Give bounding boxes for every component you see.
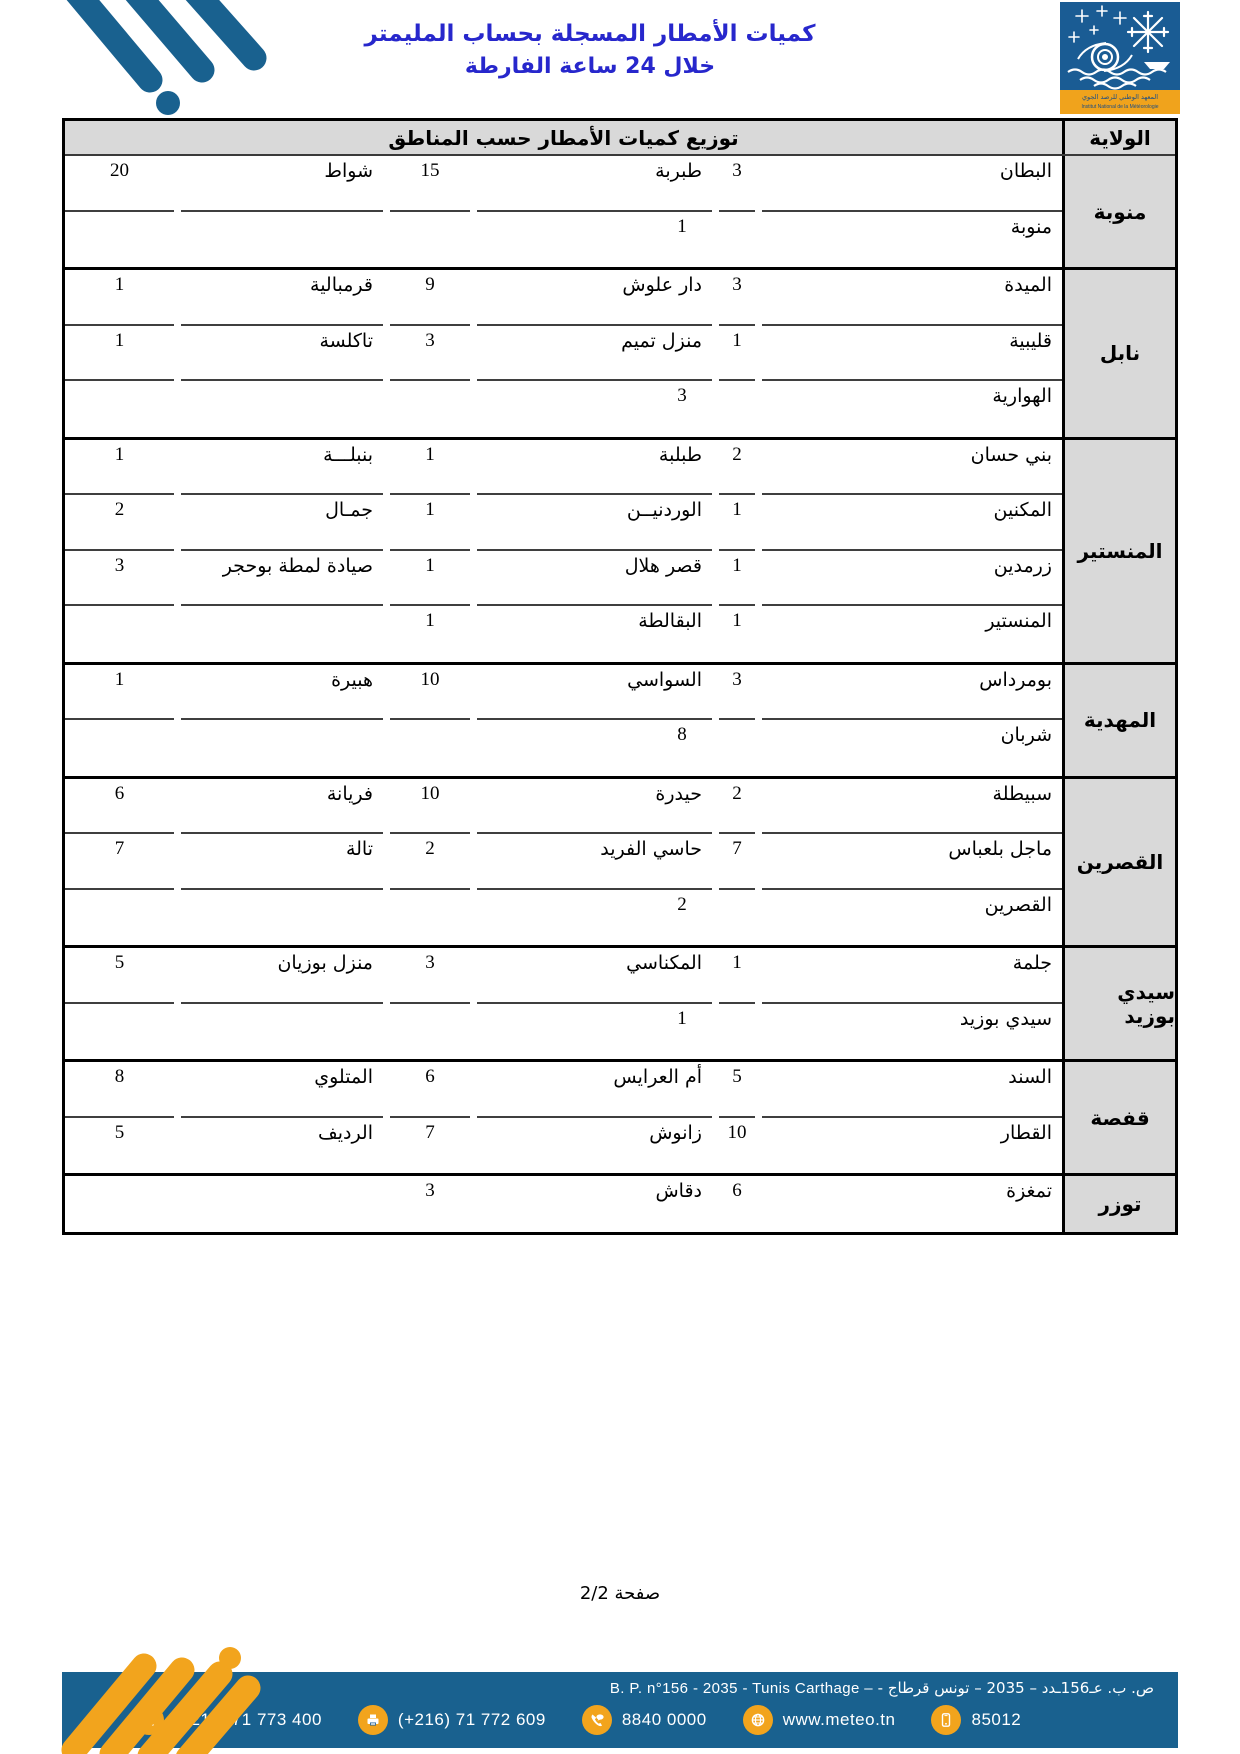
rain-value	[65, 1004, 119, 1060]
rain-value: 2	[390, 834, 470, 890]
governorate-cell: المنستير	[1062, 440, 1175, 662]
rain-value: 15	[390, 156, 470, 212]
governorate-cell: نابل	[1062, 270, 1175, 437]
region-name: شواط	[181, 156, 383, 212]
inm-band-arabic: المعهد الوطني للرصد الجوي	[1082, 93, 1158, 101]
group-rows: بني حسان2طبلبة1بنبلـــة1المكنين1الوردنيـ…	[65, 440, 1062, 662]
region-row: قليبية1منزل تميم3تاكلسة1	[65, 326, 1062, 382]
region-row: الهوارية3	[65, 381, 1062, 437]
rain-value: 8	[664, 720, 700, 776]
group-rows: تمغزة6دقاش3	[65, 1176, 1062, 1232]
rain-value: 1	[719, 551, 755, 607]
governorate-group: القصرينسبيطلة2حيدرة10فريانة6ماجل بلعباس7…	[65, 776, 1175, 946]
rain-value: 5	[65, 1118, 174, 1174]
rain-value: 1	[664, 212, 700, 268]
region-name: فريانة	[181, 779, 383, 835]
rain-value	[335, 381, 415, 437]
rain-value: 8	[65, 1062, 174, 1118]
rainfall-table: الولاية توزيع كميات الأمطار حسب المناطق …	[62, 118, 1178, 1235]
rain-value: 1	[719, 948, 755, 1004]
region-row: السند5أم العرايس6المتلوي8	[65, 1062, 1062, 1118]
rain-value: 1	[390, 440, 470, 496]
rain-value	[65, 381, 119, 437]
rain-value: 2	[719, 440, 755, 496]
governorate-cell: المهدية	[1062, 665, 1175, 776]
region-name: القصرين	[762, 890, 1062, 946]
region-row: بومرداس3السواسي10هبيرة1	[65, 665, 1062, 721]
footer-contact-item: www.meteo.tn	[743, 1705, 896, 1735]
rain-value: 3	[65, 551, 174, 607]
region-name: قرمبالية	[181, 270, 383, 326]
rain-value	[65, 720, 119, 776]
region-row: البطان3طبربة15شواط20	[65, 156, 1062, 212]
region-name: حيدرة	[477, 779, 712, 835]
region-name: منزل تميم	[477, 326, 712, 382]
rain-value: 1	[65, 326, 174, 382]
region-name: دار علوش	[477, 270, 712, 326]
callcenter-icon	[582, 1705, 612, 1735]
footer-stripes-logo	[52, 1640, 382, 1754]
region-name: بومرداس	[762, 665, 1062, 721]
rain-value: 1	[390, 495, 470, 551]
region-row: المكنين1الوردنيــن1جمـال2	[65, 495, 1062, 551]
region-name: البطان	[762, 156, 1062, 212]
region-name: شربان	[762, 720, 1062, 776]
region-row: سبيطلة2حيدرة10فريانة6	[65, 779, 1062, 835]
inm-logo: المعهد الوطني للرصد الجوي Institut Natio…	[1060, 2, 1180, 118]
region-name: قصر هلال	[477, 551, 712, 607]
group-rows: السند5أم العرايس6المتلوي8القطار10زانوش7ا…	[65, 1062, 1062, 1173]
region-name: منوبة	[762, 212, 1062, 268]
region-name: الميدة	[762, 270, 1062, 326]
rain-value: 1	[65, 440, 174, 496]
governorate-group: قفصةالسند5أم العرايس6المتلوي8القطار10زان…	[65, 1059, 1175, 1173]
region-name: بنبلـــة	[181, 440, 383, 496]
footer-contact-text: 8840 0000	[622, 1710, 707, 1730]
footer-contact-text: www.meteo.tn	[783, 1710, 896, 1730]
rain-value	[65, 890, 119, 946]
governorate-group: المهديةبومرداس3السواسي10هبيرة1شربان8	[65, 662, 1175, 776]
rain-value: 10	[390, 665, 470, 721]
region-row: منوبة1	[65, 212, 1062, 268]
footer-contact-text: (+216) 71 772 609	[398, 1710, 546, 1730]
region-row: الميدة3دار علوش9قرمبالية1	[65, 270, 1062, 326]
region-row: جلمة1المكناسي3منزل بوزيان5	[65, 948, 1062, 1004]
region-name: زرمدين	[762, 551, 1062, 607]
rain-value: 7	[65, 834, 174, 890]
rain-value: 1	[65, 665, 174, 721]
region-name: دقاش	[477, 1176, 712, 1232]
region-row: القطار10زانوش7الرديف5	[65, 1118, 1062, 1174]
report-page: كميات الأمطار المسجلة بحساب المليمتر خلا…	[0, 0, 1240, 1754]
region-name	[181, 606, 383, 662]
region-name: سيدي بوزيد	[762, 1004, 1062, 1060]
rain-value: 2	[719, 779, 755, 835]
governorate-group: توزرتمغزة6دقاش3	[65, 1173, 1175, 1232]
rain-value: 1	[719, 326, 755, 382]
region-name	[422, 890, 657, 946]
group-rows: سبيطلة2حيدرة10فريانة6ماجل بلعباس7حاسي ال…	[65, 779, 1062, 946]
footer-contact-item: (+216) 71 772 609	[358, 1705, 546, 1735]
governorate-cell: منوبة	[1062, 156, 1175, 267]
region-name: ماجل بلعباس	[762, 834, 1062, 890]
region-name	[422, 720, 657, 776]
region-row: ماجل بلعباس7حاسي الفريد2تالة7	[65, 834, 1062, 890]
footer-contact-text: 85012	[971, 1710, 1021, 1730]
rain-value: 9	[390, 270, 470, 326]
region-name: طبلبة	[477, 440, 712, 496]
region-row: المنستير1البقالطة1	[65, 606, 1062, 662]
rain-value: 3	[719, 156, 755, 212]
governorate-cell: سيدي بوزيد	[1062, 948, 1175, 1059]
region-row: زرمدين1قصر هلال1صيادة لمطة بوحجر3	[65, 551, 1062, 607]
region-row: بني حسان2طبلبة1بنبلـــة1	[65, 440, 1062, 496]
rain-value: 3	[390, 948, 470, 1004]
table-header-row: الولاية توزيع كميات الأمطار حسب المناطق	[65, 121, 1175, 156]
governorate-group: منوبةالبطان3طبربة15شواط20منوبة1	[65, 156, 1175, 267]
region-name: حاسي الفريد	[477, 834, 712, 890]
rain-value: 5	[65, 948, 174, 1004]
rain-value: 5	[719, 1062, 755, 1118]
region-name	[126, 1004, 328, 1060]
region-name	[126, 212, 328, 268]
rain-value	[335, 890, 415, 946]
region-name: الرديف	[181, 1118, 383, 1174]
footer-address-ar: ص. ب. عـ156ـدد – 2035 – تونس قرطاج -	[878, 1679, 1154, 1697]
region-name: القطار	[762, 1118, 1062, 1174]
governorate-column-header: الولاية	[1062, 121, 1175, 154]
inm-band-french: Institut National de la Météorologie	[1082, 104, 1159, 110]
region-name: سبيطلة	[762, 779, 1062, 835]
rain-value: 3	[719, 270, 755, 326]
footer-contact-item: 85012	[931, 1705, 1021, 1735]
region-name	[126, 720, 328, 776]
rain-value: 1	[664, 1004, 700, 1060]
region-name: المكنين	[762, 495, 1062, 551]
rain-value: 3	[719, 665, 755, 721]
rain-value: 1	[719, 495, 755, 551]
rain-value: 1	[390, 551, 470, 607]
region-name: طبربة	[477, 156, 712, 212]
region-name: الوردنيــن	[477, 495, 712, 551]
rain-value: 1	[390, 606, 470, 662]
inm-logo-icon: المعهد الوطني للرصد الجوي Institut Natio…	[1060, 2, 1180, 114]
mobile-icon	[931, 1705, 961, 1735]
rain-value	[335, 720, 415, 776]
page-number: صفحة 2/2	[0, 1583, 1240, 1604]
rain-value: 10	[719, 1118, 755, 1174]
region-name	[181, 1176, 383, 1232]
region-name	[422, 381, 657, 437]
rain-value	[65, 212, 119, 268]
footer-contact-item: 8840 0000	[582, 1705, 707, 1735]
region-name: صيادة لمطة بوحجر	[181, 551, 383, 607]
region-row: شربان8	[65, 720, 1062, 776]
region-row: تمغزة6دقاش3	[65, 1176, 1062, 1232]
region-name: تمغزة	[762, 1176, 1062, 1232]
rain-value	[65, 606, 174, 662]
governorate-group: سيدي بوزيدجلمة1المكناسي3منزل بوزيان5سيدي…	[65, 945, 1175, 1059]
region-name: أم العرايس	[477, 1062, 712, 1118]
region-name: بني حسان	[762, 440, 1062, 496]
rain-value: 7	[390, 1118, 470, 1174]
title-line1: كميات الأمطار المسجلة بحساب المليمتر	[290, 18, 890, 51]
group-rows: بومرداس3السواسي10هبيرة1شربان8	[65, 665, 1062, 776]
rain-value: 3	[390, 1176, 470, 1232]
rain-value	[65, 1176, 174, 1232]
region-name: البقالطة	[477, 606, 712, 662]
region-name: المتلوي	[181, 1062, 383, 1118]
distribution-header: توزيع كميات الأمطار حسب المناطق	[65, 121, 1062, 154]
rain-value	[335, 212, 415, 268]
rain-value: 1	[65, 270, 174, 326]
title-line2: خلال 24 ساعة الفارطة	[290, 51, 890, 83]
rain-value: 20	[65, 156, 174, 212]
group-rows: الميدة3دار علوش9قرمبالية1قليبية1منزل تمي…	[65, 270, 1062, 437]
table-body: منوبةالبطان3طبربة15شواط20منوبة1نابلالميد…	[65, 156, 1175, 1232]
governorate-group: المنستيربني حسان2طبلبة1بنبلـــة1المكنين1…	[65, 437, 1175, 662]
region-name	[126, 890, 328, 946]
rain-value: 2	[664, 890, 700, 946]
region-row: سيدي بوزيد1	[65, 1004, 1062, 1060]
region-name: المنستير	[762, 606, 1062, 662]
rain-value: 1	[719, 606, 755, 662]
blue-stripes-icon	[50, 0, 270, 118]
group-rows: جلمة1المكناسي3منزل بوزيان5سيدي بوزيد1	[65, 948, 1062, 1059]
governorate-group: نابلالميدة3دار علوش9قرمبالية1قليبية1منزل…	[65, 267, 1175, 437]
region-name	[126, 381, 328, 437]
region-name: المكناسي	[477, 948, 712, 1004]
rain-value: 3	[390, 326, 470, 382]
region-name: زانوش	[477, 1118, 712, 1174]
region-name: السواسي	[477, 665, 712, 721]
orange-stripes-icon	[52, 1640, 382, 1754]
globe-icon	[743, 1705, 773, 1735]
region-name: هبيرة	[181, 665, 383, 721]
region-name	[422, 212, 657, 268]
group-rows: البطان3طبربة15شواط20منوبة1	[65, 156, 1062, 267]
rain-value: 10	[390, 779, 470, 835]
region-name: الهوارية	[762, 381, 1062, 437]
rain-value: 6	[65, 779, 174, 835]
governorate-cell: توزر	[1062, 1176, 1175, 1232]
rain-value: 2	[65, 495, 174, 551]
page-title: كميات الأمطار المسجلة بحساب المليمتر خلا…	[290, 18, 890, 83]
region-name: منزل بوزيان	[181, 948, 383, 1004]
inm-stripes-logo	[50, 0, 270, 122]
region-name: تالة	[181, 834, 383, 890]
region-name	[422, 1004, 657, 1060]
rain-value: 6	[719, 1176, 755, 1232]
region-name: جمـال	[181, 495, 383, 551]
region-name: جلمة	[762, 948, 1062, 1004]
rain-value: 6	[390, 1062, 470, 1118]
region-name: السند	[762, 1062, 1062, 1118]
footer-address-fr: B. P. n°156 - 2035 - Tunis Carthage –	[610, 1680, 873, 1697]
rain-value: 3	[664, 381, 700, 437]
governorate-cell: القصرين	[1062, 779, 1175, 946]
region-name: قليبية	[762, 326, 1062, 382]
governorate-cell: قفصة	[1062, 1062, 1175, 1173]
rain-value: 7	[719, 834, 755, 890]
rain-value	[335, 1004, 415, 1060]
region-row: القصرين2	[65, 890, 1062, 946]
region-name: تاكلسة	[181, 326, 383, 382]
